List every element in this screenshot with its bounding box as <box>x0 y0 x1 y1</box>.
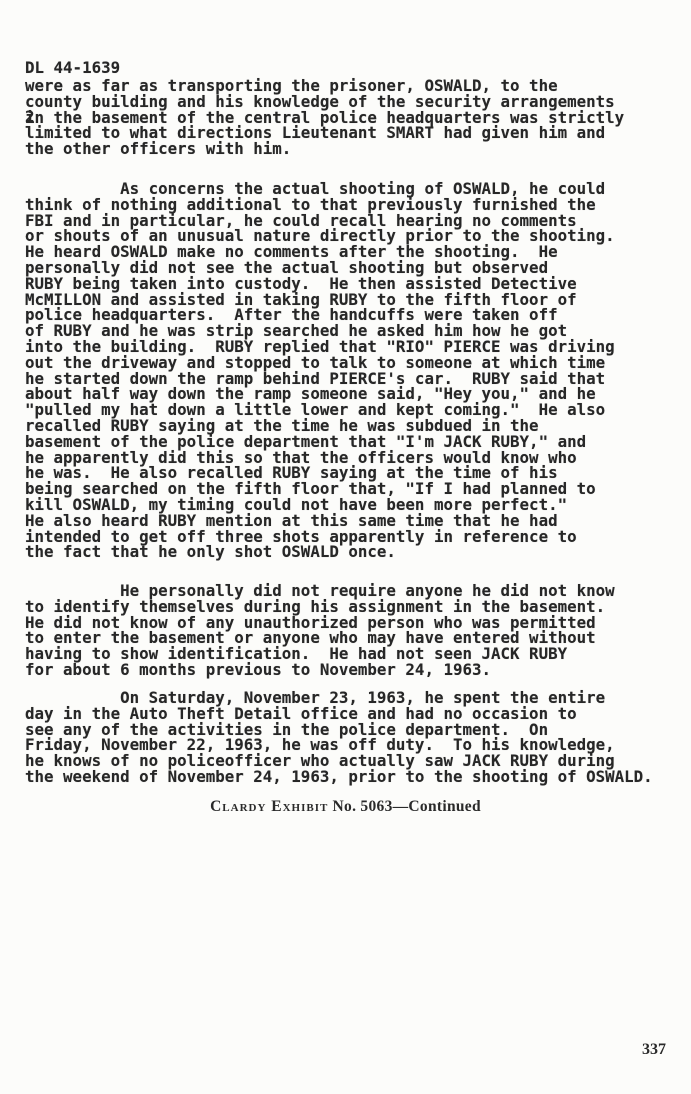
paragraph-3: He personally did not require anyone he … <box>25 583 615 678</box>
footer-page-number: 337 <box>642 1041 666 1059</box>
paragraph-1: were as far as transporting the prisoner… <box>25 78 624 157</box>
exhibit-caption-title: Clardy Exhibit <box>210 798 328 815</box>
exhibit-caption-continued: No. 5063—Continued <box>328 798 481 815</box>
exhibit-caption: Clardy Exhibit No. 5063—Continued <box>0 798 691 816</box>
file-number: DL 44-1639 <box>25 59 120 77</box>
paragraph-4: On Saturday, November 23, 1963, he spent… <box>25 690 653 785</box>
document-page: DL 44-1639 2 were as far as transporting… <box>0 0 691 1094</box>
paragraph-2: As concerns the actual shooting of OSWAL… <box>25 181 615 560</box>
